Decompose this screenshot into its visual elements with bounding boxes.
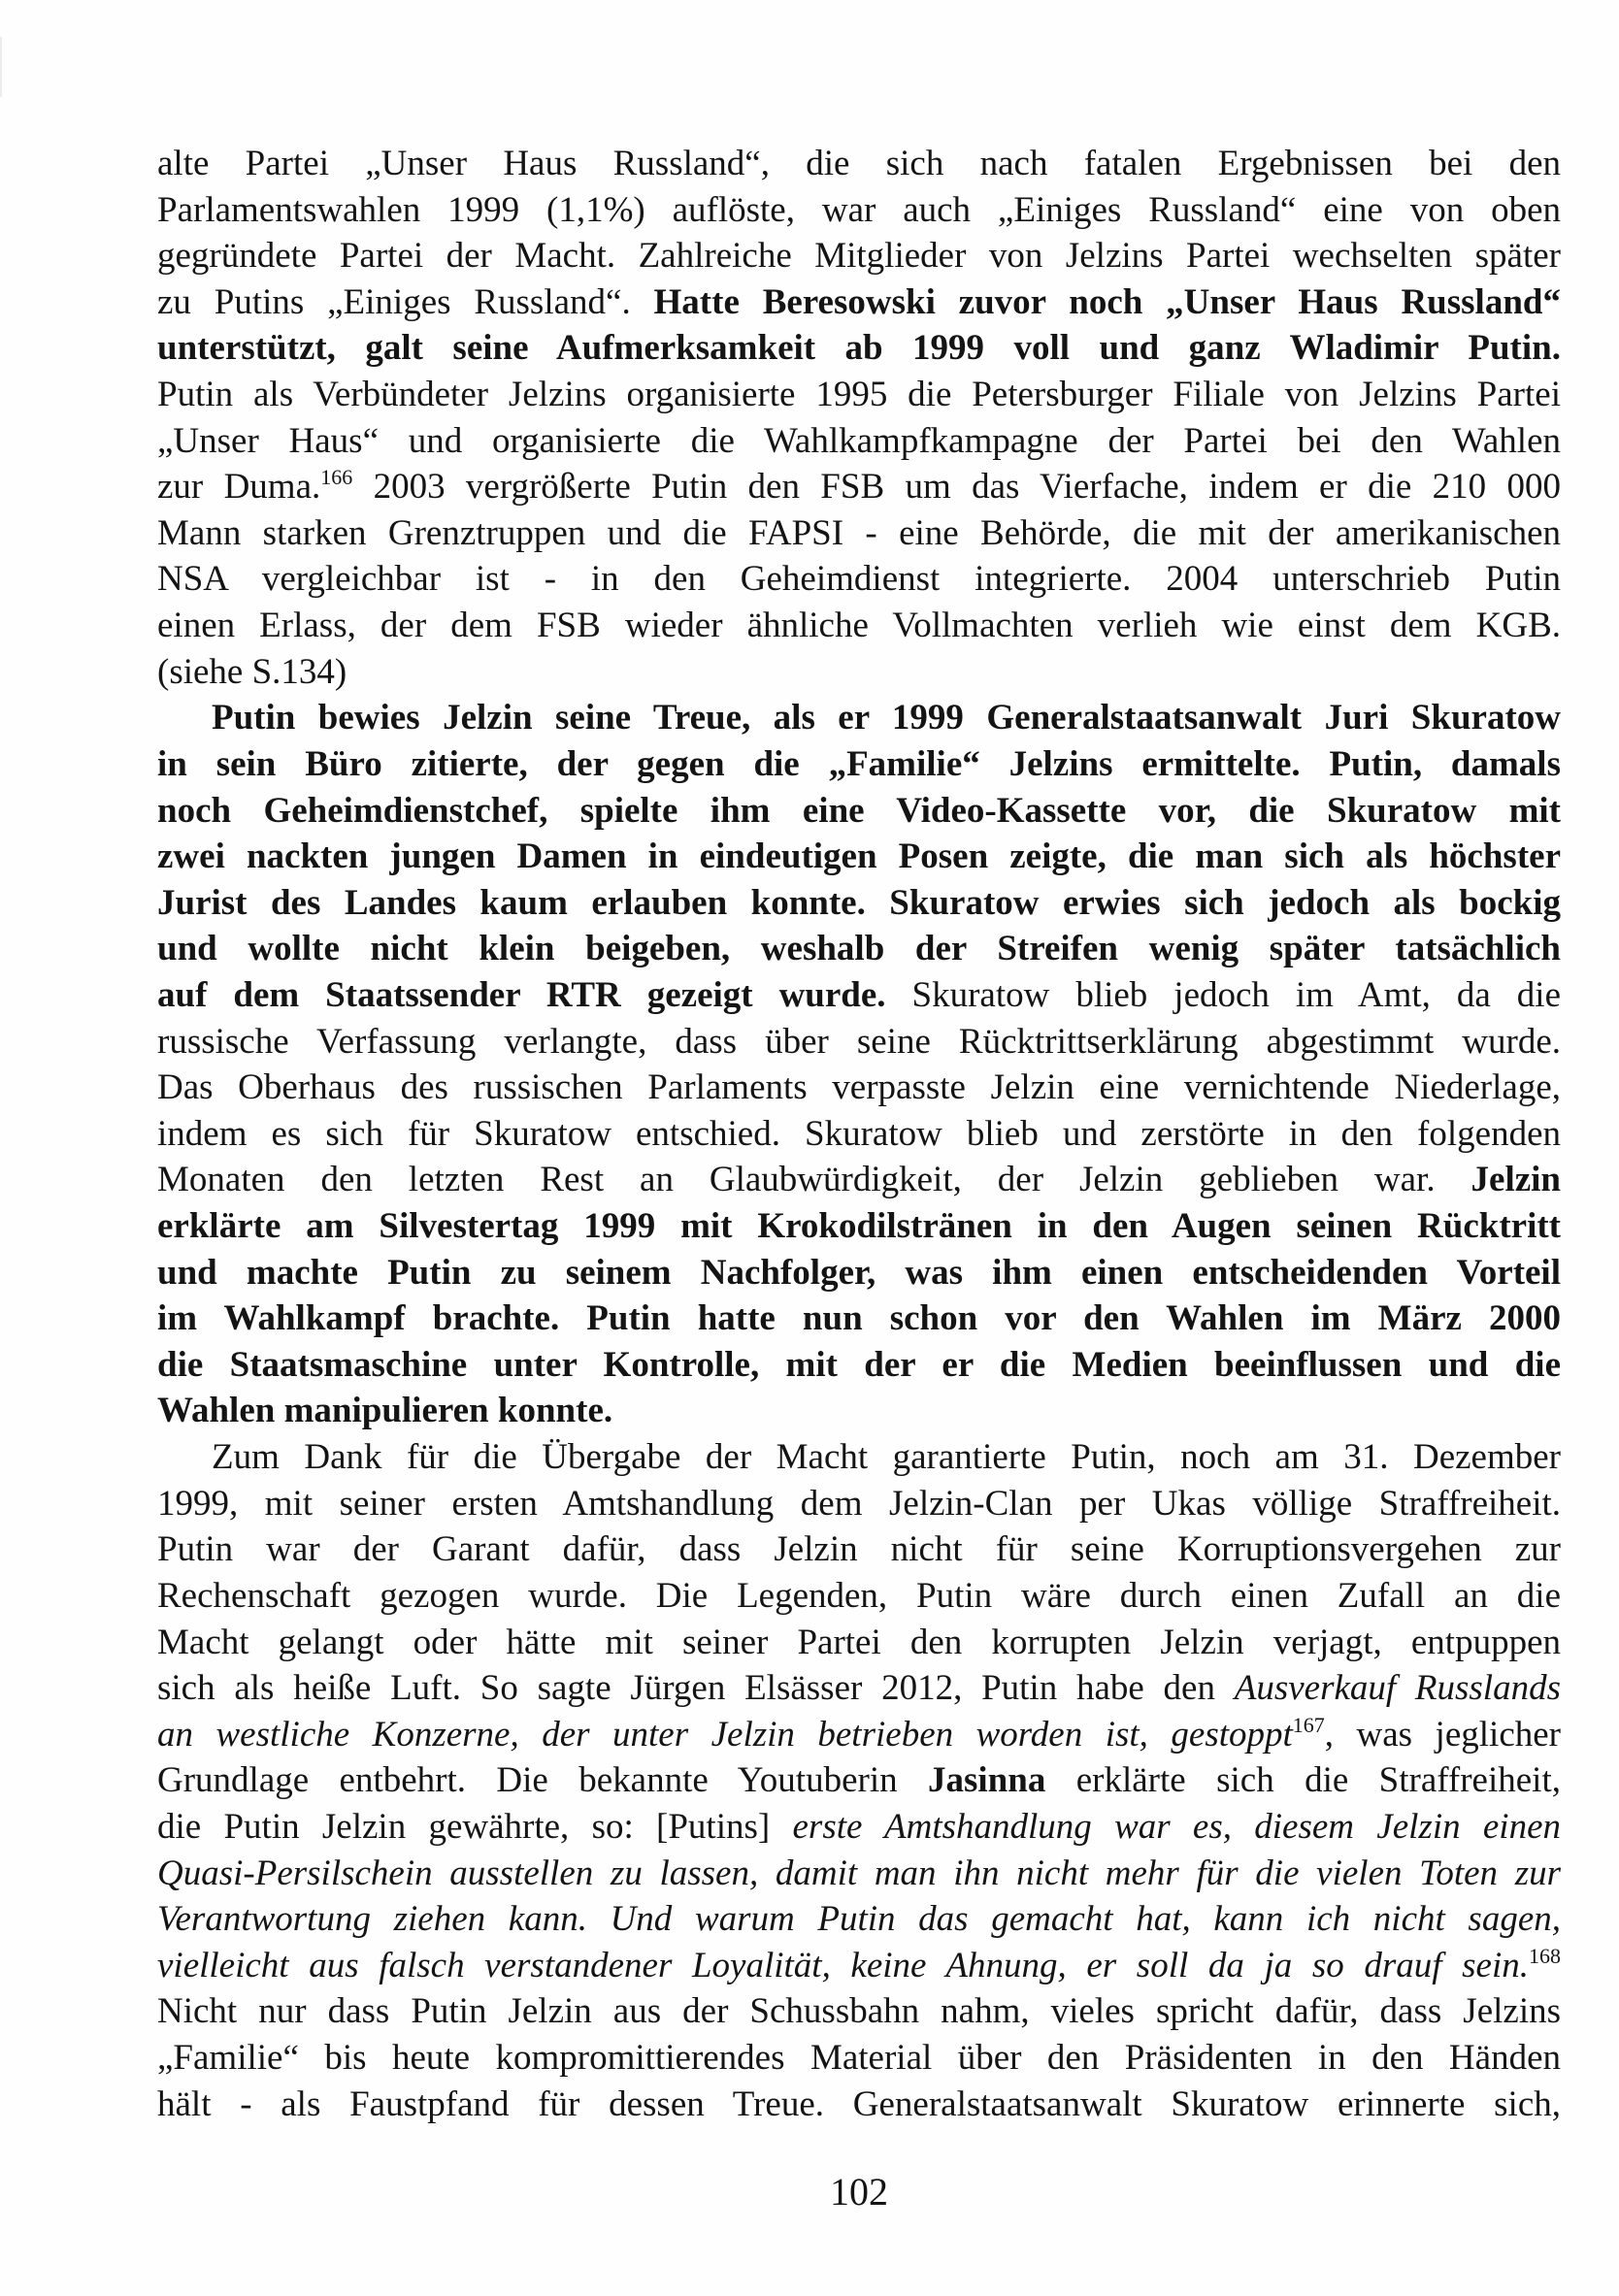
text-line: Putin als Verbündeter Jelzins organisier… (157, 372, 1561, 418)
text-run: indem es sich für Skuratow entschied. Sk… (157, 1114, 1561, 1154)
text-run: „Unser Haus“ und organisierte die Wahlka… (157, 421, 1561, 461)
text-line: Zum Dank für die Übergabe der Macht gara… (157, 1434, 1561, 1481)
text-run: Monaten den letzten Rest an Glaubwürdigk… (157, 1160, 1471, 1199)
footnote-ref: 167 (1293, 1713, 1325, 1737)
text-line: Putin bewies Jelzin seine Treue, als er … (157, 695, 1561, 741)
text-run: Parlamentswahlen 1999 (1,1%) auflöste, w… (157, 190, 1561, 230)
text-line: die Putin Jelzin gewährte, so: [Putins] … (157, 1804, 1561, 1851)
bold-text: auf dem Staatssender RTR gezeigt wurde. (157, 975, 886, 1015)
text-line: alte Partei „Unser Haus Russland“, die s… (157, 141, 1561, 187)
text-run: Rechenschaft gezogen wurde. Die Legenden… (157, 1576, 1561, 1616)
footnote-ref: 166 (320, 465, 352, 489)
text-line: zu Putins „Einiges Russland“. Hatte Bere… (157, 279, 1561, 326)
italic-text: an westliche Konzerne, der unter Jelzin … (157, 1715, 1293, 1755)
italic-text: erste Amtshandlung war es, diesem Jelzin… (793, 1807, 1562, 1847)
text-line: Putin war der Garant dafür, dass Jelzin … (157, 1526, 1561, 1573)
text-line: Grundlage entbehrt. Die bekannte Youtube… (157, 1757, 1561, 1804)
text-run: zu Putins „Einiges Russland“. (157, 282, 654, 322)
bold-text: Hatte Beresowski zuvor noch „Unser Haus … (654, 282, 1561, 322)
bold-text: zwei nackten jungen Damen in eindeutigen… (157, 836, 1561, 876)
text-line: und machte Putin zu seinem Nachfolger, w… (157, 1250, 1561, 1296)
page-number: 102 (157, 2169, 1561, 2214)
bold-text: Putin bewies Jelzin seine Treue, als er … (212, 698, 1561, 738)
text-line: Verantwortung ziehen kann. Und warum Put… (157, 1896, 1561, 1943)
text-line: zwei nackten jungen Damen in eindeutigen… (157, 834, 1561, 880)
text-line: in sein Büro zitierte, der gegen die „Fa… (157, 741, 1561, 788)
text-run: einen Erlass, der dem FSB wieder ähnlich… (157, 606, 1561, 645)
text-line: „Familie“ bis heute kompromittierendes M… (157, 2035, 1561, 2082)
text-line: indem es sich für Skuratow entschied. Sk… (157, 1111, 1561, 1158)
text-run: die Putin Jelzin gewährte, so: [Putins] (157, 1807, 793, 1847)
text-run: Putin als Verbündeter Jelzins organisier… (157, 375, 1561, 414)
text-line: einen Erlass, der dem FSB wieder ähnlich… (157, 603, 1561, 649)
text-run: alte Partei „Unser Haus Russland“, die s… (157, 144, 1561, 183)
bold-text: im Wahlkampf brachte. Putin hatte nun sc… (157, 1298, 1561, 1338)
scan-artifact (0, 37, 2, 97)
bold-text: und wollte nicht klein beigeben, weshalb… (157, 929, 1561, 968)
text-line: zur Duma.166 2003 vergrößerte Putin den … (157, 464, 1561, 510)
footnote-ref: 168 (1529, 1944, 1561, 1968)
text-line: Jurist des Landes kaum erlauben konnte. … (157, 880, 1561, 927)
bold-text: noch Geheimdienstchef, spielte ihm eine … (157, 791, 1561, 831)
text-line: Rechenschaft gezogen wurde. Die Legenden… (157, 1573, 1561, 1620)
text-run: Skuratow blieb jedoch im Amt, da die (886, 975, 1561, 1015)
text-run: 1999, mit seiner ersten Amtshandlung dem… (157, 1484, 1561, 1524)
text-line: hält - als Faustpfand für dessen Treue. … (157, 2082, 1561, 2128)
text-run: russische Verfassung verlangte, dass übe… (157, 1022, 1561, 1062)
text-line: sich als heiße Luft. So sagte Jürgen Els… (157, 1665, 1561, 1712)
text-run: NSA vergleichbar ist - in den Geheimdien… (157, 559, 1561, 599)
text-line: Mann starken Grenztruppen und die FAPSI … (157, 510, 1561, 557)
text-line: (siehe S.134) (157, 649, 1561, 696)
bold-text: in sein Büro zitierte, der gegen die „Fa… (157, 744, 1561, 784)
text-line: Wahlen manipulieren konnte. (157, 1388, 1561, 1434)
bold-text: die Staatsmaschine unter Kontrolle, mit … (157, 1345, 1561, 1385)
text-line: Quasi-Persilschein ausstellen zu lassen,… (157, 1851, 1561, 1897)
text-line: 1999, mit seiner ersten Amtshandlung dem… (157, 1481, 1561, 1527)
text-run: gegründete Partei der Macht. Zahlreiche … (157, 236, 1561, 276)
italic-text: vielleicht aus falsch verstandener Loyal… (157, 1946, 1529, 1985)
text-run: sich als heiße Luft. So sagte Jürgen Els… (157, 1668, 1235, 1708)
text-run: Nicht nur dass Putin Jelzin aus der Schu… (157, 1991, 1561, 2031)
text-run: (siehe S.134) (157, 652, 347, 692)
text-line: Macht gelangt oder hätte mit seiner Part… (157, 1620, 1561, 1666)
bold-text: Wahlen manipulieren konnte. (157, 1391, 612, 1430)
text-line: „Unser Haus“ und organisierte die Wahlka… (157, 418, 1561, 465)
text-line: und wollte nicht klein beigeben, weshalb… (157, 926, 1561, 972)
text-run: 2003 vergrößerte Putin den FSB um das Vi… (352, 467, 1561, 507)
text-line: russische Verfassung verlangte, dass übe… (157, 1019, 1561, 1066)
text-run: Das Oberhaus des russischen Parlaments v… (157, 1067, 1561, 1107)
italic-text: Ausverkauf Russlands (1235, 1668, 1561, 1708)
text-line: unterstützt, galt seine Aufmerksamkeit a… (157, 325, 1561, 372)
text-run: „Familie“ bis heute kompromittierendes M… (157, 2038, 1561, 2078)
bold-text: unterstützt, galt seine Aufmerksamkeit a… (157, 328, 1561, 368)
text-run: Zum Dank für die Übergabe der Macht gara… (212, 1437, 1561, 1477)
text-run: Mann starken Grenztruppen und die FAPSI … (157, 513, 1561, 553)
bold-text: Jasinna (928, 1760, 1045, 1800)
text-run: hält - als Faustpfand für dessen Treue. … (157, 2084, 1561, 2124)
bold-text: Jurist des Landes kaum erlauben konnte. … (157, 883, 1561, 923)
bold-text: erklärte am Silvestertag 1999 mit Krokod… (157, 1206, 1561, 1246)
text-line: im Wahlkampf brachte. Putin hatte nun sc… (157, 1296, 1561, 1342)
italic-text: Quasi-Persilschein ausstellen zu lassen,… (157, 1853, 1561, 1893)
italic-text: Verantwortung ziehen kann. Und warum Put… (157, 1899, 1561, 1939)
text-line: Das Oberhaus des russischen Parlaments v… (157, 1065, 1561, 1111)
text-run: Putin war der Garant dafür, dass Jelzin … (157, 1529, 1561, 1569)
body-text: alte Partei „Unser Haus Russland“, die s… (157, 141, 1561, 2127)
text-line: NSA vergleichbar ist - in den Geheimdien… (157, 556, 1561, 603)
text-line: an westliche Konzerne, der unter Jelzin … (157, 1712, 1561, 1758)
text-line: erklärte am Silvestertag 1999 mit Krokod… (157, 1203, 1561, 1250)
text-run: erklärte sich die Straffreiheit, (1045, 1760, 1561, 1800)
book-page: alte Partei „Unser Haus Russland“, die s… (0, 0, 1619, 2296)
text-line: Parlamentswahlen 1999 (1,1%) auflöste, w… (157, 187, 1561, 234)
bold-text: Jelzin (1471, 1160, 1561, 1199)
text-line: gegründete Partei der Macht. Zahlreiche … (157, 233, 1561, 279)
text-line: noch Geheimdienstchef, spielte ihm eine … (157, 788, 1561, 835)
bold-text: und machte Putin zu seinem Nachfolger, w… (157, 1253, 1561, 1293)
text-line: Nicht nur dass Putin Jelzin aus der Schu… (157, 1988, 1561, 2035)
text-run: Macht gelangt oder hätte mit seiner Part… (157, 1623, 1561, 1662)
text-run: , was jeglicher (1325, 1715, 1561, 1755)
text-line: vielleicht aus falsch verstandener Loyal… (157, 1943, 1561, 1989)
text-run: Grundlage entbehrt. Die bekannte Youtube… (157, 1760, 928, 1800)
text-line: auf dem Staatssender RTR gezeigt wurde. … (157, 972, 1561, 1019)
text-line: die Staatsmaschine unter Kontrolle, mit … (157, 1342, 1561, 1389)
text-line: Monaten den letzten Rest an Glaubwürdigk… (157, 1157, 1561, 1203)
text-run: zur Duma. (157, 467, 320, 507)
